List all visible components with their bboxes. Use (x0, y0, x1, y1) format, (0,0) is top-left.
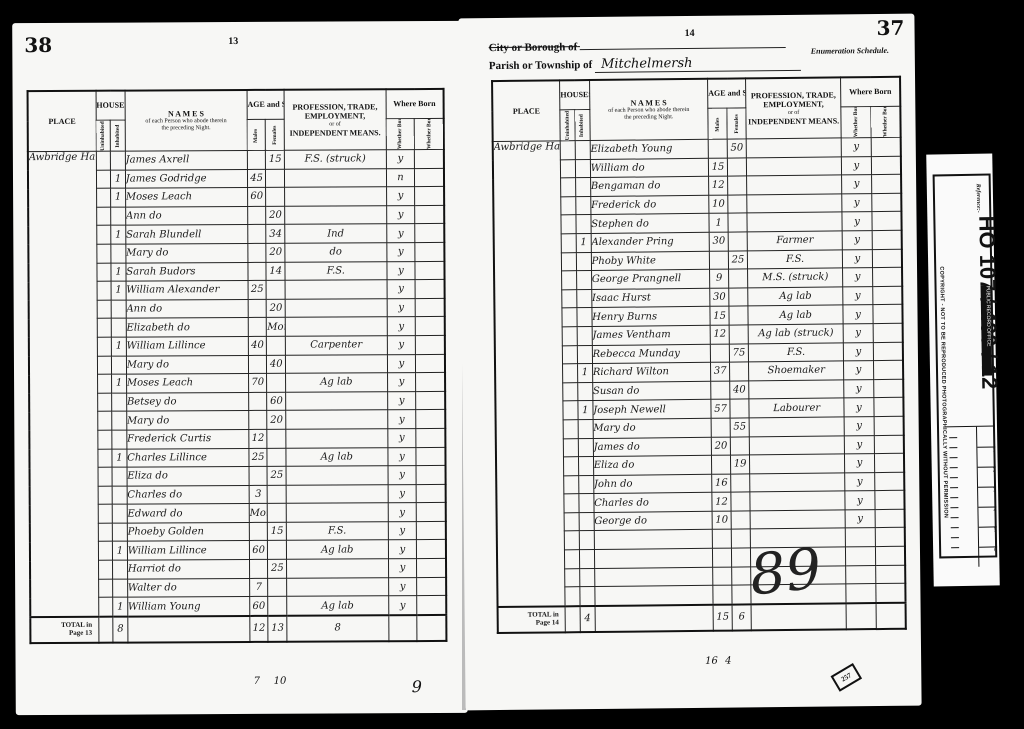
name-cell: Eliza do (127, 467, 249, 486)
occupation-cell (285, 280, 386, 299)
household-mark-cell (577, 345, 592, 364)
occupation-cell (747, 212, 842, 232)
born-county-cell (845, 528, 875, 547)
female-age-cell (267, 280, 286, 299)
occupation-cell: F.S. (struck) (284, 150, 385, 169)
parish-value: Mitchelmersh (595, 55, 801, 73)
born-elsewhere-cell (871, 137, 901, 156)
total-row: TOTAL inPage 144156 (498, 603, 906, 633)
household-mark-cell (575, 159, 590, 178)
household-mark-cell (579, 550, 594, 569)
uninhabited-cell (98, 467, 113, 486)
male-age-cell: 60 (249, 541, 268, 560)
household-mark-cell: 1 (111, 170, 126, 189)
female-age-cell (729, 269, 748, 288)
born-elsewhere-cell (875, 565, 905, 584)
occupation-cell: do (285, 243, 386, 262)
female-age-cell: 20 (266, 243, 285, 262)
uninhabited-cell (564, 513, 579, 532)
household-mark-cell (576, 215, 591, 234)
col-header-born-county: Whether Born in same County (386, 119, 415, 150)
schedule-title: Enumeration Schedule. (811, 46, 889, 56)
total-label: TOTAL inPage 13 (30, 617, 98, 643)
uninhabited-cell (97, 356, 112, 375)
female-age-cell: 50 (727, 139, 746, 158)
born-county-cell: y (387, 373, 416, 392)
name-cell: Susan do (592, 381, 711, 401)
household-mark-cell: 1 (111, 225, 126, 244)
household-mark-cell (579, 512, 594, 531)
uninhabited-cell (98, 411, 113, 430)
born-elsewhere-cell (417, 558, 446, 577)
male-age-cell (248, 299, 267, 318)
born-county-cell: y (842, 156, 872, 175)
born-elsewhere-cell (416, 317, 445, 336)
uninhabited-cell (562, 327, 577, 346)
female-age-cell: 25 (728, 250, 747, 269)
occupation-cell (749, 435, 844, 455)
name-cell: Frederick Curtis (127, 429, 249, 448)
name-cell: Elizabeth Young (590, 139, 709, 159)
born-elsewhere-cell (417, 540, 446, 559)
born-county-cell: y (844, 379, 874, 398)
occupation-cell (747, 175, 842, 195)
male-age-cell: 30 (709, 232, 728, 251)
name-cell: William Young (127, 597, 249, 617)
female-age-cell: 40 (730, 381, 749, 400)
female-age-cell (730, 399, 749, 418)
occupation-cell (285, 298, 386, 317)
male-age-cell: 15 (708, 158, 727, 177)
born-county-cell: y (388, 503, 417, 522)
name-cell: William Lillince (126, 336, 248, 355)
female-age-cell (728, 232, 747, 251)
name-cell: Moses Leach (126, 374, 248, 393)
born-elsewhere-cell (874, 416, 904, 435)
born-elsewhere-cell (416, 280, 445, 299)
uninhabited-cell (562, 308, 577, 327)
male-age-cell (711, 418, 730, 437)
name-cell: Harriot do (127, 560, 249, 579)
household-mark-cell (575, 178, 590, 197)
occupation-cell (286, 466, 387, 485)
male-age-cell: 30 (710, 288, 729, 307)
born-elsewhere-cell (415, 149, 444, 168)
occupation-cell (746, 156, 841, 176)
born-elsewhere-cell (875, 528, 905, 547)
name-cell: Edward do (127, 504, 249, 523)
born-elsewhere-cell (416, 410, 445, 429)
female-age-cell (267, 448, 286, 467)
born-elsewhere-cell (416, 298, 445, 317)
large-annotation: 89 (747, 536, 825, 608)
female-age-cell (732, 585, 751, 604)
uninhabited-cell (97, 374, 112, 393)
name-cell: Joseph Newell (593, 400, 712, 420)
female-age-cell (731, 474, 750, 493)
female-age-cell (728, 176, 747, 195)
born-elsewhere-cell (873, 286, 903, 305)
total-females: 6 (732, 604, 751, 630)
occupation-cell (749, 380, 844, 400)
census-table-right: PLACE HOUSES N A M E S of each Person wh… (491, 76, 907, 634)
male-age-cell (249, 466, 268, 485)
born-elsewhere-cell (416, 354, 445, 373)
born-elsewhere-cell (872, 249, 902, 268)
born-county-cell: y (388, 521, 417, 540)
total-males: 12 (250, 616, 269, 642)
uninhabited-cell (562, 345, 577, 364)
male-age-cell: 1 (709, 213, 728, 232)
born-elsewhere-cell (873, 305, 903, 324)
male-age-cell (713, 548, 732, 567)
male-age-cell (247, 206, 266, 225)
total-born-county (846, 603, 876, 629)
born-elsewhere-cell (872, 267, 902, 286)
born-county-cell: y (843, 249, 873, 268)
female-age-cell (727, 157, 746, 176)
name-cell: Henry Burns (592, 307, 711, 327)
uninhabited-cell (97, 300, 112, 319)
born-elsewhere-cell (417, 521, 446, 540)
female-age-cell: 14 (266, 262, 285, 281)
uninhabited-cell (560, 141, 575, 160)
occupation-cell: Ag lab (287, 540, 388, 559)
measurement-ruler: 1 2 3 4 5 6 (945, 425, 997, 567)
occupation-cell (286, 354, 387, 373)
household-mark-cell (111, 300, 126, 319)
total-born-elsewhere (417, 615, 446, 641)
household-mark-cell (112, 318, 127, 337)
below-total-males: 7 (254, 676, 260, 687)
female-age-cell (732, 567, 751, 586)
uninhabited-cell (96, 151, 111, 170)
occupation-cell (285, 206, 386, 225)
female-age-cell (729, 325, 748, 344)
born-county-cell: y (386, 261, 415, 280)
born-county-cell (846, 547, 876, 566)
col-header-born-county: Whether Born in same County (841, 107, 871, 138)
uninhabited-cell (97, 319, 112, 338)
male-age-cell: 12 (712, 492, 731, 511)
born-county-cell: y (842, 212, 872, 231)
born-county-cell: y (845, 454, 875, 473)
born-elsewhere-cell (873, 379, 903, 398)
male-age-cell: 15 (710, 306, 729, 325)
born-elsewhere-cell (417, 503, 446, 522)
name-cell: James Godridge (125, 169, 247, 188)
household-mark-cell (577, 308, 592, 327)
born-elsewhere-cell (416, 391, 445, 410)
born-elsewhere-cell (876, 584, 906, 603)
male-age-cell: 40 (248, 336, 267, 355)
household-mark-cell (113, 560, 128, 579)
uninhabited-cell (561, 196, 576, 215)
total-uninhabited (565, 606, 580, 632)
total-males: 15 (713, 604, 732, 630)
household-mark-cell (579, 475, 594, 494)
household-mark-cell: 1 (113, 597, 128, 616)
name-cell: Charles do (127, 485, 249, 504)
name-cell: Charles do (594, 493, 713, 513)
below-total-females: 10 (274, 676, 287, 687)
household-mark-cell (576, 196, 591, 215)
uninhabited-cell (98, 449, 113, 468)
occupation-cell: F.S. (285, 261, 386, 280)
reference-label: Reference:- (975, 184, 982, 213)
household-mark-cell (113, 579, 128, 598)
uninhabited-cell (565, 550, 580, 569)
female-age-cell (731, 511, 750, 530)
occupation-cell (285, 187, 386, 206)
female-age-cell (268, 504, 287, 523)
place-cell: Awbridge Hamlet (28, 151, 99, 617)
reference-strip: Reference:- HO 107 / 400 / 12 COPYRIGHT … (926, 153, 1000, 586)
born-county-cell: y (841, 138, 871, 157)
name-cell: John do (593, 474, 712, 494)
male-age-cell (248, 318, 267, 337)
male-age-cell: 12 (710, 325, 729, 344)
col-header-names: N A M E S of each Person who abode there… (125, 90, 247, 151)
name-cell: Alexander Pring (591, 232, 710, 252)
female-age-cell: 60 (267, 392, 286, 411)
total-inhabited: 8 (113, 616, 128, 642)
uninhabited-cell (98, 430, 113, 449)
uninhabited-cell (561, 252, 576, 271)
household-mark-cell: 1 (578, 401, 593, 420)
household-mark-cell (576, 271, 591, 290)
male-age-cell (249, 559, 268, 578)
female-age-cell: Months (267, 318, 286, 337)
born-county-cell: y (844, 361, 874, 380)
born-elsewhere-cell (415, 205, 444, 224)
male-age-cell: Months (249, 504, 268, 523)
total-names (128, 616, 250, 643)
col-header-born-elsewhere: Whether Born in Scotland, Ireland, or Fo… (415, 118, 444, 149)
male-age-cell (248, 262, 267, 281)
male-age-cell: 25 (248, 281, 267, 300)
male-age-cell (249, 522, 268, 541)
female-age-cell: 20 (267, 411, 286, 430)
occupation-cell (747, 194, 842, 214)
born-elsewhere-cell (872, 193, 902, 212)
born-county-cell: y (843, 324, 873, 343)
born-elsewhere-cell (875, 509, 905, 528)
born-county-cell: y (386, 187, 415, 206)
name-cell: George Prangnell (591, 269, 710, 289)
male-age-cell (248, 225, 267, 244)
col-header-born-elsewhere: Whether Born in Scotland, Ireland, or Fo… (871, 106, 901, 137)
uninhabited-cell (561, 234, 576, 253)
female-age-cell (268, 485, 287, 504)
name-cell: Stephen do (591, 214, 710, 234)
occupation-cell: F.S. (748, 342, 843, 362)
born-elsewhere-cell (416, 373, 445, 392)
total-born-elsewhere (876, 603, 906, 629)
name-cell: Mary do (126, 355, 248, 374)
record-office-label: PUBLIC RECORD OFFICE (981, 286, 993, 376)
occupation-cell (286, 484, 387, 503)
household-mark-cell (112, 486, 127, 505)
born-elsewhere-cell (415, 261, 444, 280)
born-county-cell: y (388, 596, 417, 615)
uninhabited-cell (97, 337, 112, 356)
born-county-cell: y (387, 447, 416, 466)
col-header-age-sex: AGE and SEX (247, 90, 284, 120)
male-age-cell: 10 (712, 511, 731, 530)
uninhabited-cell (98, 486, 113, 505)
occupation-cell (287, 559, 388, 578)
occupation-cell: Ag lab (748, 305, 843, 325)
uninhabited-cell (98, 523, 113, 542)
occupation-cell: Shoemaker (749, 361, 844, 381)
female-age-cell: 20 (266, 206, 285, 225)
name-cell: Betsey do (126, 392, 248, 411)
city-label: City or Borough of (489, 39, 786, 54)
male-age-cell (713, 585, 732, 604)
uninhabited-cell (563, 438, 578, 457)
female-age-cell (267, 336, 286, 355)
born-elsewhere-cell (416, 466, 445, 485)
household-mark-cell (577, 289, 592, 308)
uninhabited-cell (97, 393, 112, 412)
household-mark-cell (576, 252, 591, 271)
born-county-cell: y (388, 540, 417, 559)
female-age-cell (268, 597, 287, 616)
born-county-cell: y (387, 298, 416, 317)
right-census-page: 14 37 City or Borough of Parish or Towns… (458, 14, 921, 711)
female-age-cell (728, 213, 747, 232)
born-county-cell (846, 565, 876, 584)
female-age-cell: 15 (266, 150, 285, 169)
total-label: TOTAL inPage 14 (498, 606, 566, 633)
female-age-cell (268, 541, 287, 560)
household-mark-cell (113, 523, 128, 542)
total-uninhabited (99, 617, 114, 643)
uninhabited-cell (97, 226, 112, 245)
col-header-uninhabited: Uninhabited or Building (96, 120, 111, 151)
col-header-females: Females (266, 119, 285, 150)
male-age-cell: 16 (712, 474, 731, 493)
female-age-cell (268, 578, 287, 597)
uninhabited-cell (564, 475, 579, 494)
born-county-cell: y (387, 354, 416, 373)
name-cell: James Ventham (592, 325, 711, 345)
male-age-cell (713, 567, 732, 586)
born-county-cell: y (387, 280, 416, 299)
name-cell: Moses Leach (125, 188, 247, 207)
uninhabited-cell (98, 560, 113, 579)
household-mark-cell (112, 393, 127, 412)
born-elsewhere-cell (875, 546, 905, 565)
born-elsewhere-cell (871, 174, 901, 193)
born-elsewhere-cell (875, 491, 905, 510)
name-cell (594, 548, 713, 568)
name-cell: Sarah Blundell (126, 225, 248, 244)
female-age-cell: 55 (730, 418, 749, 437)
uninhabited-cell (563, 401, 578, 420)
born-elsewhere-cell (415, 168, 444, 187)
household-mark-cell: 1 (111, 263, 126, 282)
uninhabited-cell (97, 263, 112, 282)
occupation-cell: F.S. (286, 522, 387, 541)
total-names (595, 605, 714, 632)
born-elsewhere-cell (417, 577, 446, 596)
uninhabited-cell (96, 207, 111, 226)
household-mark-cell (112, 430, 127, 449)
male-age-cell: 9 (710, 269, 729, 288)
born-elsewhere-cell (873, 323, 903, 342)
uninhabited-cell (98, 542, 113, 561)
born-elsewhere-cell (874, 398, 904, 417)
name-cell: Mary do (593, 418, 712, 438)
occupation-cell (285, 317, 386, 336)
born-county-cell: y (844, 342, 874, 361)
name-cell: Rebecca Munday (592, 344, 711, 364)
occupation-cell (750, 454, 845, 474)
occupation-cell: Carpenter (285, 336, 386, 355)
folio-stamp: 257 (831, 663, 863, 692)
uninhabited-cell (561, 159, 576, 178)
name-cell: Bengaman do (590, 176, 709, 196)
male-age-cell (712, 455, 731, 474)
born-county-cell: y (842, 193, 872, 212)
household-mark-cell (580, 568, 595, 587)
household-mark-cell (112, 411, 127, 430)
col-header-place: PLACE (28, 91, 97, 152)
household-mark-cell: 1 (113, 542, 128, 561)
uninhabited-cell (97, 244, 112, 263)
name-cell: James Axrell (125, 150, 247, 169)
household-mark-cell (111, 244, 126, 263)
household-mark-cell: 1 (111, 188, 126, 207)
male-age-cell: 10 (709, 195, 728, 214)
male-age-cell: 37 (711, 362, 730, 381)
female-age-cell: 25 (268, 559, 287, 578)
born-elsewhere-cell (872, 212, 902, 231)
female-age-cell (266, 169, 285, 188)
household-mark-cell (111, 151, 126, 170)
occupation-cell: Ag lab (287, 596, 388, 616)
household-mark-cell (112, 467, 127, 486)
name-cell: Frederick do (590, 195, 709, 215)
female-age-cell: 19 (731, 455, 750, 474)
name-cell: William do (590, 158, 709, 178)
name-cell: William Alexander (126, 281, 248, 300)
male-age-cell: 3 (249, 485, 268, 504)
household-mark-cell (112, 356, 127, 375)
male-age-cell: 60 (250, 597, 269, 616)
name-cell: Phoeby Golden (127, 522, 249, 541)
female-age-cell (267, 429, 286, 448)
occupation-cell (285, 168, 386, 187)
male-age-cell: 60 (247, 188, 266, 207)
name-cell (595, 586, 714, 606)
born-county-cell: y (387, 391, 416, 410)
occupation-cell: Ag lab (286, 373, 387, 392)
uninhabited-cell (565, 568, 580, 587)
col-header-where-born: Where Born (841, 77, 901, 107)
born-elsewhere-cell (415, 242, 444, 261)
col-header-males: Males (247, 119, 266, 150)
born-county-cell: y (844, 416, 874, 435)
uninhabited-cell (98, 579, 113, 598)
total-females: 13 (268, 616, 287, 642)
occupation-cell (286, 391, 387, 410)
born-county-cell: y (842, 175, 872, 194)
household-mark-cell: 1 (112, 449, 127, 468)
born-county-cell: y (386, 243, 415, 262)
